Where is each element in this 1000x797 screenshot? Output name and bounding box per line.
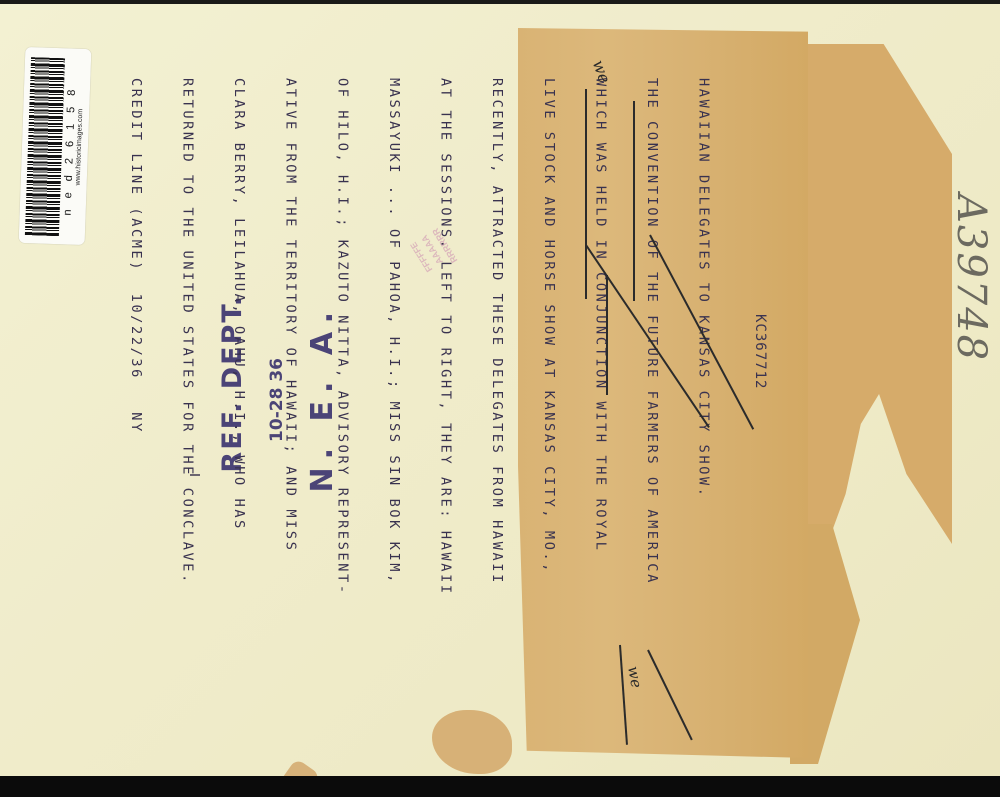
ink-underline xyxy=(633,101,635,301)
handwritten-id: A39748 xyxy=(948,194,994,362)
caption-slip-extension xyxy=(800,44,952,544)
handwritten-initials: we xyxy=(624,665,645,690)
caption-line: WHICH WAS HELD IN CONJUNCTION WITH THE R… xyxy=(591,78,608,758)
barcode-url: www.historicimages.com xyxy=(75,109,85,186)
paper-stain-small xyxy=(279,758,321,776)
caption-line: AT THE SESSIONS. LEFT TO RIGHT, THEY ARE… xyxy=(436,78,453,758)
caption-line: MASSAYUKI ... OF PAHOA, H.I.; MISS SIN B… xyxy=(385,78,402,758)
ink-underline xyxy=(585,89,587,299)
caption-line: RETURNED TO THE UNITED STATES FOR THE CO… xyxy=(178,78,195,758)
caption-id: KC367712 xyxy=(752,314,768,389)
caption-line: CLARA BERRY, LEILAHUA, OAHU, H.I., WHO H… xyxy=(230,78,247,758)
caption-text: HAWAIIAN DELEGATES TO KANSAS CITY SHOW. … xyxy=(536,78,746,758)
barcode-sticker: ned26158 www.historicimages.com xyxy=(19,47,92,245)
caption-line: ATIVE FROM THE TERRITORY OF HAWAII; AND … xyxy=(282,78,299,758)
barcode-icon xyxy=(25,57,65,236)
photo-back-paper: ned26158 www.historicimages.com REF. DEP… xyxy=(0,4,1000,776)
caption-line: LIVE STOCK AND HORSE SHOW AT KANSAS CITY… xyxy=(540,78,557,758)
ink-underline xyxy=(606,275,608,395)
caption-line: RECENTLY, ATTRACTED THESE DELEGATES FROM… xyxy=(488,78,505,758)
caption-line: OF HILO, H.I.; KAZUTO NITTA, ADVISORY RE… xyxy=(333,78,350,758)
caption-line: CREDIT LINE (ACME) 10/22/36 NY xyxy=(127,78,144,758)
